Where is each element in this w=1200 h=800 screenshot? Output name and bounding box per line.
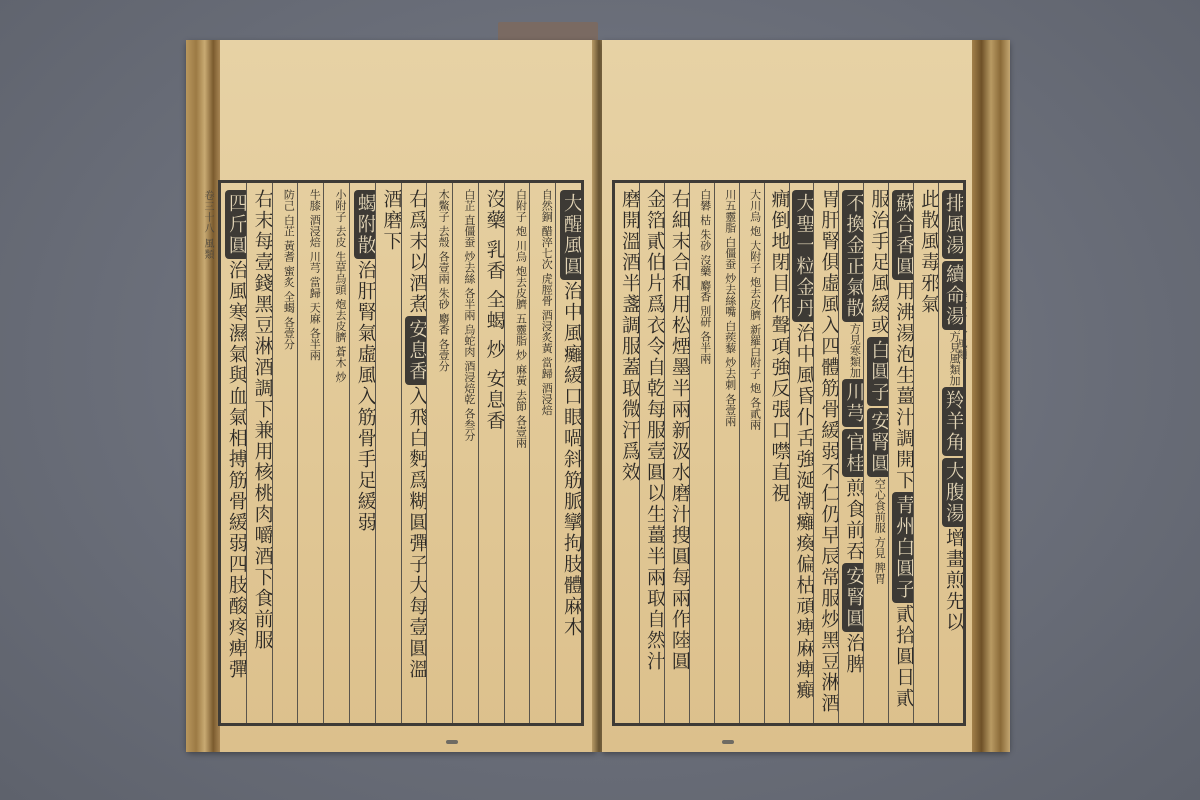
text-column: 癇倒地閉目作聲項強反張口噤直視 xyxy=(764,183,789,723)
text-column: 酒磨下 xyxy=(375,183,401,723)
text-column: 小附子 去皮 生草烏頭 炮去皮臍 蒼木 炒 xyxy=(323,183,349,723)
right-page: 卷第十八 風類 排風湯續命湯方見風類加羚羊角大腹湯增畫煎先以 此散風毒邪氣 蘇合… xyxy=(602,40,1010,752)
text-column: 大川烏 炮 大附子 炮去皮臍 新羅白附子 炮 各貳兩 xyxy=(739,183,764,723)
text-column: 川五靈脂 白僵蚕 炒去絲嘴 白蒺藜 炒去刺 各壹兩 xyxy=(714,183,739,723)
text-column: 白芷 直僵蚕 炒去絲 各半兩 烏蛇肉 酒浸焙乾 各叁分 xyxy=(452,183,478,723)
text-column: 木鱉子 去殼 各壹兩 朱砂 麝香 各壹分 xyxy=(426,183,452,723)
right-page-edge xyxy=(972,40,1010,752)
text-column: 此散風毒邪氣 xyxy=(913,183,938,723)
text-column: 排風湯續命湯方見風類加羚羊角大腹湯增畫煎先以 xyxy=(938,183,963,723)
text-column: 蘇合香圓用沸湯泡生薑汁調開下青州白圓子貳拾圓日貳 xyxy=(888,183,913,723)
text-column: 右爲末以酒煮安息香入飛白麪爲糊圓彈子大每壹圓溫 xyxy=(401,183,427,723)
right-text-frame: 排風湯續命湯方見風類加羚羊角大腹湯增畫煎先以 此散風毒邪氣 蘇合香圓用沸湯泡生薑… xyxy=(612,180,966,726)
text-column: 沒藥 乳香 全蝎 炒 安息香 xyxy=(478,183,504,723)
left-text-frame: 大醒風圓治中風癱緩口眼喎斜筋脈攣拘肢體麻木 自然銅 醋淬七次 虎脛骨 酒浸炙黃 … xyxy=(218,180,584,726)
text-column: 大醒風圓治中風癱緩口眼喎斜筋脈攣拘肢體麻木 xyxy=(555,183,581,723)
text-column: 大聖一粒金丹治中風昏仆舌強涎潮癱瘓偏枯頑痺麻痺癲 xyxy=(789,183,814,723)
left-margin-label: 卷三十八 風類 xyxy=(200,190,215,260)
ingredient-title: 安息香 xyxy=(405,316,426,385)
text-column: 四斤圓治風寒濕氣與血氣相搏筋骨緩弱四肢酸疼痺彈 xyxy=(221,183,246,723)
text-column: 右細末合和用松煙墨半兩新汲水磨汁搜圓每兩作陸圓 xyxy=(664,183,689,723)
text-column: 防己 白芷 黃耆 蜜炙 全蝎 各壹分 xyxy=(272,183,298,723)
left-page: 卷三十八 風類 大醒風圓治中風癱緩口眼喎斜筋脈攣拘肢體麻木 自然銅 醋淬七次 虎… xyxy=(186,40,596,752)
text-column: 白礬 枯 朱砂 沒藥 麝香 別研 各半兩 xyxy=(689,183,714,723)
text-column: 牛膝 酒浸焙 川芎 當歸 天麻 各半兩 xyxy=(297,183,323,723)
text-column: 自然銅 醋淬七次 虎脛骨 酒浸炙黃 當歸 酒浸焙 xyxy=(529,183,555,723)
text-column: 蝎附散治肝腎氣虛風入筋骨手足緩弱 xyxy=(349,183,375,723)
recipe-title: 大醒風圓 xyxy=(560,190,581,280)
page-wear xyxy=(722,740,734,744)
open-book: 卷三十八 風類 大醒風圓治中風癱緩口眼喎斜筋脈攣拘肢體麻木 自然銅 醋淬七次 虎… xyxy=(186,40,1010,760)
recipe-title: 四斤圓 xyxy=(225,190,246,259)
text-column: 不換金正氣散方見寒類加川芎官桂煎食前吞安腎圓治脾 xyxy=(838,183,863,723)
text-column: 胃肝腎俱虛風入四體筋骨緩弱不仁仍早辰常服炒黑豆淋酒 xyxy=(813,183,838,723)
text-column: 服治手足風緩或白圓子安腎圓空心食前服 方見 脾胃 xyxy=(863,183,888,723)
recipe-title: 蝎附散 xyxy=(354,190,375,259)
text-column: 磨開溫酒半盞調服蓋取微汗爲效 xyxy=(615,183,639,723)
page-wear xyxy=(446,740,458,744)
text-column: 右末每壹錢黑豆淋酒調下兼用核桃肉嚼酒下食前服 xyxy=(246,183,272,723)
text-column: 白附子 炮 川烏 炮去皮臍 五靈脂 炒 麻黃 去節 各壹兩 xyxy=(504,183,530,723)
left-page-edge xyxy=(186,40,220,752)
text-column: 金箔貳伯片爲衣令自乾每服壹圓以生薑半兩取自然汁 xyxy=(639,183,664,723)
